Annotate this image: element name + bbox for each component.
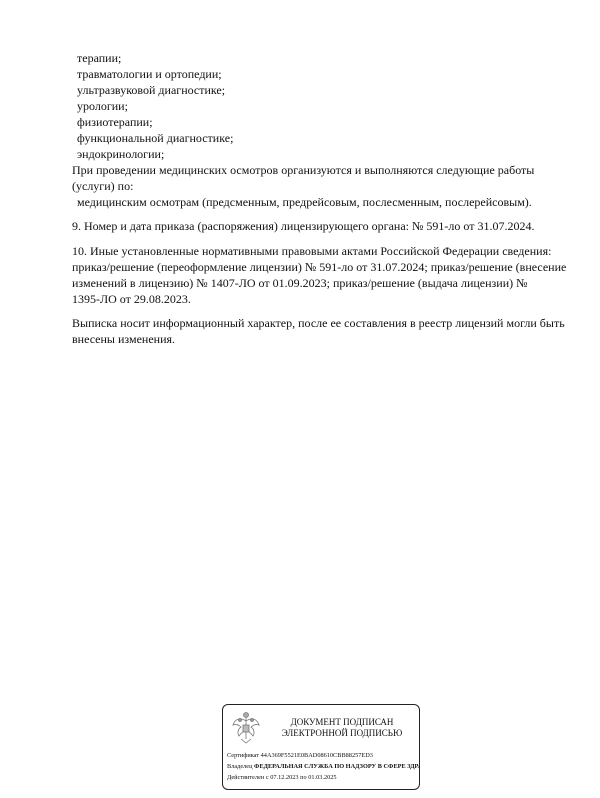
document-page: терапии; травматологии и ортопедии; ульт…: [0, 0, 600, 798]
med-exam-intro: При проведении медицинских осмотров орга…: [72, 162, 534, 178]
list-item: эндокринологии;: [77, 146, 164, 162]
double-headed-eagle-icon: [231, 709, 261, 745]
section-10-line: изменений в лицензию) № 1407-ЛО от 01.09…: [72, 275, 528, 291]
list-item: функциональной диагностике;: [77, 130, 233, 146]
list-item: физиотерапии;: [77, 114, 153, 130]
certificate-line: Сертификат 44A369F5521E0BAD08610CBB88257…: [227, 752, 373, 760]
stamp-title: ДОКУМЕНТ ПОДПИСАН ЭЛЕКТРОННОЙ ПОДПИСЬЮ: [267, 717, 417, 739]
certificate-value: 44A369F5521E0BAD08610CBB88257ED3: [261, 752, 373, 759]
owner-value: ФЕДЕРАЛЬНАЯ СЛУЖБА ПО НАДЗОРУ В СФЕРЕ ЗД…: [254, 763, 420, 770]
section-10-line: приказ/решение (переоформление лицензии)…: [72, 259, 566, 275]
stamp-title-line: ЭЛЕКТРОННОЙ ПОДПИСЬЮ: [267, 728, 417, 739]
owner-line: Владелец ФЕДЕРАЛЬНАЯ СЛУЖБА ПО НАДЗОРУ В…: [227, 763, 420, 771]
list-item: травматологии и ортопедии;: [77, 66, 222, 82]
section-10-line: 1395-ЛО от 29.08.2023.: [72, 291, 191, 307]
disclaimer-line: внесены изменения.: [72, 331, 175, 347]
list-item: терапии;: [77, 50, 121, 66]
list-item: ультразвуковой диагностике;: [77, 82, 225, 98]
med-exam-intro-cont: (услуги) по:: [72, 178, 133, 194]
section-9: 9. Номер и дата приказа (распоряжения) л…: [72, 218, 535, 234]
med-exam-item: медицинским осмотрам (предсменным, предр…: [77, 194, 532, 210]
disclaimer-line: Выписка носит информационный характер, п…: [72, 315, 565, 331]
section-10-line: 10. Иные установленные нормативными прав…: [72, 243, 551, 259]
stamp-title-line: ДОКУМЕНТ ПОДПИСАН: [267, 717, 417, 728]
signature-stamp: ДОКУМЕНТ ПОДПИСАН ЭЛЕКТРОННОЙ ПОДПИСЬЮ С…: [222, 704, 420, 790]
owner-label: Владелец: [227, 763, 252, 770]
certificate-label: Сертификат: [227, 752, 259, 759]
list-item: урологии;: [77, 98, 128, 114]
validity-line: Действителен с 07.12.2023 по 01.03.2025: [227, 774, 337, 782]
